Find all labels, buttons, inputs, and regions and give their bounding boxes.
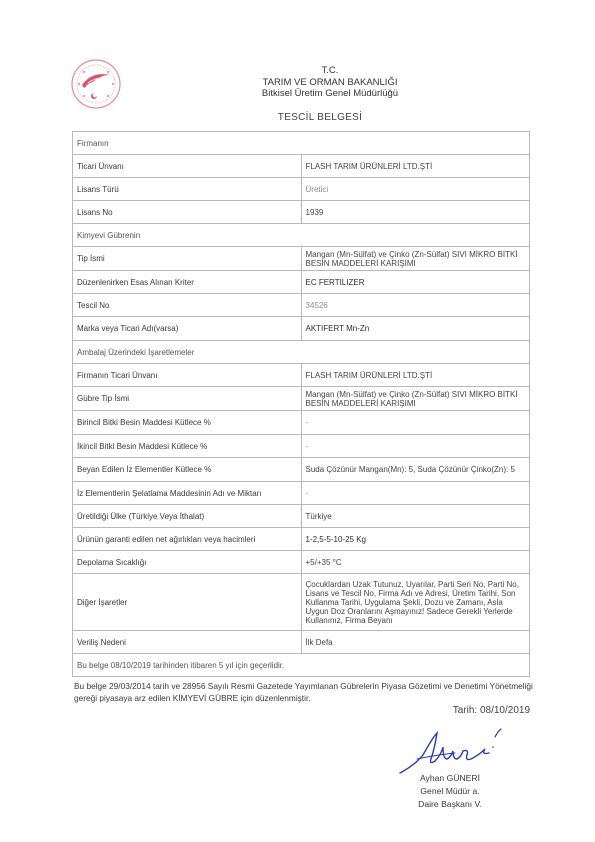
row-value: Üretici [301,178,530,201]
table-row: Kimyevi Gübrenin [73,224,530,247]
row-value: FLASH TARIM ÜRÜNLERİ LTD.ŞTİ [301,364,530,387]
row-label: İz Elementlerin Şelatlama Maddesinin Adı… [73,482,302,505]
row-label: Gübre Tip İsmi [73,387,302,411]
table-row: Lisans No1939 [73,201,530,224]
table-row: Birincil Bitki Besin Maddesi Kütlece %- [73,411,530,435]
signer-title: Genel Müdür a. [395,785,505,797]
table-row: Depolama Sıcaklığı+5/+35 °C [73,551,530,574]
table-row: İz Elementlerin Şelatlama Maddesinin Adı… [73,482,530,505]
row-value: 1939 [301,201,530,224]
regulation-note: Bu belge 29/03/2014 tarih ve 28956 Sayıl… [74,680,534,704]
signer-title: Daire Başkanı V. [395,798,505,810]
table-row: Firmanın Ticari ÜnvanıFLASH TARIM ÜRÜNLE… [73,364,530,387]
table-row: Bu belge 08/10/2019 tarihinden itibaren … [73,654,530,677]
row-value: EC FERTILIZER [301,271,530,294]
row-value: 34526 [301,294,530,317]
table-row: Gübre Tip İsmiMangan (Mn-Sülfat) ve Çink… [73,387,530,411]
row-value: - [301,411,530,435]
row-value: AKTIFERT Mn-Zn [301,317,530,341]
table-row: Tescil No34526 [73,294,530,317]
row-label: Ürünün garanti edilen net ağırlıkları ve… [73,528,302,551]
row-label: Düzenlenirken Esas Alınan Kriter [73,271,302,294]
row-value: İlk Defa [301,631,530,654]
table-row: Marka veya Ticari Adı(varsa)AKTIFERT Mn-… [73,317,530,341]
table-row: Ürünün garanti edilen net ağırlıkları ve… [73,528,530,551]
row-label: Üretildiği Ülke (Türkiye Veya İthalat) [73,505,302,528]
registration-table: Firmanın Ticari ÜnvanıFLASH TARIM ÜRÜNLE… [72,131,530,677]
row-value: FLASH TARIM ÜRÜNLERİ LTD.ŞTİ [301,155,530,178]
table-row: İkincil Bitki Besin Maddesi Kütlece %- [73,435,530,458]
signer-name: Ayhan GÜNERİ [395,772,505,784]
section-header-firm: Firmanın [73,132,530,155]
row-label: Birincil Bitki Besin Maddesi Kütlece % [73,411,302,435]
table-row: Lisans TürüÜretici [73,178,530,201]
table-row: Beyan Edilen İz Elementler Kütlece %Suda… [73,458,530,482]
row-label: Depolama Sıcaklığı [73,551,302,574]
handwritten-signature-icon [395,725,525,775]
table-row: Tip İsmiMangan (Mn-Sülfat) ve Çinko (Zn-… [73,247,530,271]
row-value: Mangan (Mn-Sülfat) ve Çinko (Zn-Sülfat) … [301,247,530,271]
table-row: Ambalaj Üzerindeki İşaretlemeler [73,341,530,364]
header-directorate: Bitkisel Üretim Genel Müdürlüğü [200,88,460,100]
row-value: Çocuklardan Uzak Tutunuz, Uyarılar, Part… [301,574,530,631]
table-row: Veriliş Nedeniİlk Defa [73,631,530,654]
row-value: Suda Çözünür Mangan(Mn): 5, Suda Çözünür… [301,458,530,482]
validity-statement: Bu belge 08/10/2019 tarihinden itibaren … [73,654,530,677]
row-value: 1-2,5-5-10-25 Kg [301,528,530,551]
section-header-fertilizer: Kimyevi Gübrenin [73,224,530,247]
row-label: İkincil Bitki Besin Maddesi Kütlece % [73,435,302,458]
row-label: Lisans Türü [73,178,302,201]
row-label: Veriliş Nedeni [73,631,302,654]
row-label: Lisans No [73,201,302,224]
section-header-packaging: Ambalaj Üzerindeki İşaretlemeler [73,341,530,364]
row-label: Tip İsmi [73,247,302,271]
row-label: Firmanın Ticari Ünvanı [73,364,302,387]
table-row: Ticari ÜnvanıFLASH TARIM ÜRÜNLERİ LTD.ŞT… [73,155,530,178]
row-value: - [301,482,530,505]
table-row: Düzenlenirken Esas Alınan KriterEC FERTI… [73,271,530,294]
table-row: Firmanın [73,132,530,155]
row-value: - [301,435,530,458]
row-value: +5/+35 °C [301,551,530,574]
ministry-emblem-icon [70,58,122,110]
row-label: Diğer İşaretler [73,574,302,631]
row-label: Marka veya Ticari Adı(varsa) [73,317,302,341]
document-title: TESCİL BELGESİ [200,112,440,123]
row-value: Türkiye [301,505,530,528]
row-label: Tescil No [73,294,302,317]
row-label: Ticari Ünvanı [73,155,302,178]
table-row: Üretildiği Ülke (Türkiye Veya İthalat)Tü… [73,505,530,528]
document-date: Tarih: 08/10/2019 [400,705,530,716]
header-tc: T.C. [200,65,460,77]
row-label: Beyan Edilen İz Elementler Kütlece % [73,458,302,482]
row-value: Mangan (Mn-Sülfat) ve Çinko (Zn-Sülfat) … [301,387,530,411]
table-row: Diğer İşaretlerÇocuklardan Uzak Tutunuz,… [73,574,530,631]
